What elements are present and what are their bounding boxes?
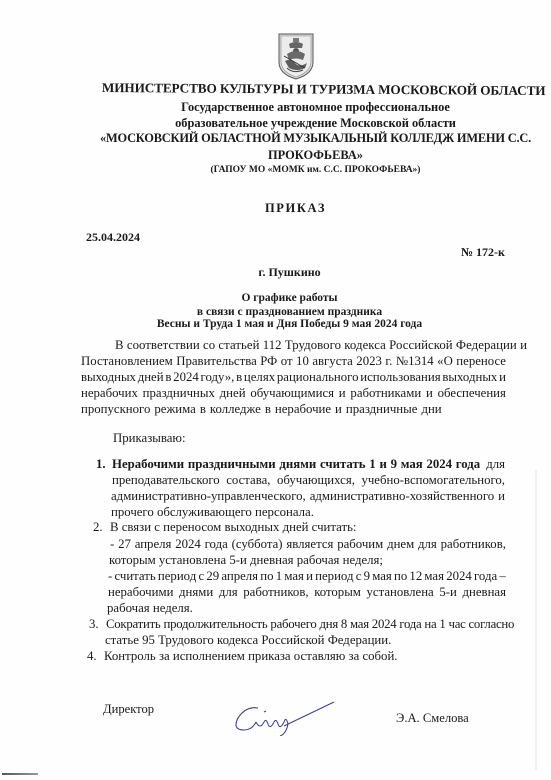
word: 10 (296, 354, 309, 369)
word: 1 (369, 457, 375, 472)
word: и (498, 489, 505, 504)
word: в (265, 402, 271, 417)
word: считать (320, 457, 366, 472)
word: года (456, 457, 480, 472)
order-subject-line-1: О графике работы (0, 292, 551, 305)
word: №1314 (396, 354, 434, 369)
word: августа (312, 354, 352, 369)
word: рационального (277, 370, 359, 385)
word: (суббота) (232, 537, 283, 552)
handwritten-signature-icon (228, 700, 338, 736)
item-4-line-1: Контроль за исполнением приказа оставляю… (104, 649, 398, 664)
word: дни (421, 402, 441, 417)
org-abbreviation: (ГАПОУ МО «МОМК им. С.С. ПРОКОФЬЕВА») (40, 165, 551, 175)
item-3-number: 3. (89, 617, 99, 632)
word: апреля (135, 537, 172, 552)
item-4-number: 4. (87, 649, 97, 664)
word: и (306, 569, 313, 584)
word: году», (201, 370, 235, 385)
signatory-position: Директор (103, 702, 154, 717)
word: 5-и (439, 585, 457, 600)
word: мая (372, 569, 392, 584)
word: считать (114, 569, 155, 584)
word: г. (385, 354, 392, 369)
word: нерабочие (275, 402, 331, 417)
word: от (281, 354, 293, 369)
word: период (315, 569, 353, 584)
word: - (108, 569, 112, 584)
preamble-line-2: ПостановлениемПравительстваРФот10августа… (81, 354, 506, 369)
org-name-line-4: ПРОКОФЬЕВА» (40, 148, 551, 163)
word: нерабочими (108, 585, 173, 600)
word: 29 (206, 569, 219, 584)
moscow-oblast-coat-of-arms-icon (275, 30, 317, 80)
word: – (499, 569, 505, 584)
word: состава, (226, 473, 270, 488)
word: - (110, 537, 114, 552)
word: 9 (364, 569, 370, 584)
word: переносе (456, 354, 506, 369)
item-1-first-line-rest: для (486, 457, 505, 472)
word: пропускного (81, 402, 150, 417)
word: мая (424, 569, 444, 584)
item-1-line-4: прочего обслуживающего персонала. (111, 505, 314, 520)
word: Правительства (176, 354, 257, 369)
ministry-name: МИНИСТЕРСТВО КУЛЬТУРЫ И ТУРИЗМА МОСКОВСК… (102, 80, 546, 99)
word: 12 (409, 569, 422, 584)
word: «О (437, 354, 453, 369)
order-title: ПРИКАЗ (0, 201, 551, 216)
word: учебно-вспомогательного, (361, 473, 505, 488)
word: административно-хозяйственного (310, 489, 494, 504)
item-1-line-1: Нерабочимипраздничнымиднямисчитать1и9мая… (112, 457, 505, 472)
word: по (260, 569, 273, 584)
item-1-line-3: административно-управленческого,админист… (111, 489, 505, 504)
scan-fold-shadow (535, 470, 537, 770)
word: выходных (442, 370, 497, 385)
word: года (474, 569, 497, 584)
word: работниками (350, 386, 421, 401)
word: преподавательского (112, 473, 220, 488)
word: нерабочих (81, 386, 138, 401)
word: и (499, 370, 506, 385)
word: с (198, 569, 204, 584)
word: и (379, 457, 386, 472)
word: днями (179, 585, 213, 600)
word: праздничными (188, 457, 276, 472)
word: с (356, 569, 362, 584)
word: 2024 (175, 537, 201, 552)
item-2-line-1: В связи с переносом выходных дней считат… (110, 520, 356, 535)
word: режима (154, 402, 195, 417)
word: для (418, 537, 437, 552)
word: и (426, 386, 433, 401)
word: использования (360, 370, 440, 385)
scan-edge-mark (2, 773, 38, 775)
order-date: 25.04.2024 (86, 230, 140, 245)
word: обучающихся, (277, 473, 355, 488)
item-2-line-2: -27апреля2024года(суббота)являетсярабочи… (110, 537, 506, 552)
word: рабочим (337, 537, 383, 552)
order-document-page: МИНИСТЕРСТВО КУЛЬТУРЫ И ТУРИЗМА МОСКОВСК… (0, 0, 551, 780)
item-2-line-5: нерабочимиднямидляработников,которымуста… (108, 585, 506, 600)
decree-word: Приказываю: (113, 431, 186, 446)
word: и (335, 402, 342, 417)
word: 2024 (446, 569, 472, 584)
word: Нерабочими (112, 457, 184, 472)
word: работников, (441, 537, 506, 552)
item-3-line-1: Сократить продолжительность рабочего дня… (106, 617, 514, 632)
preamble-line-1: В соответствии со статьей 112 Трудового … (115, 338, 527, 353)
org-name-line-1: Государственное автономное профессиональ… (40, 100, 551, 115)
word: работников, (243, 585, 308, 600)
word: целях (244, 370, 275, 385)
word: днем (387, 537, 414, 552)
item-1-bold-text: Нерабочимипраздничнымиднямисчитать1и9мая… (112, 457, 480, 472)
preamble-line-5: пропускногорежимавколледжевнерабочиеипра… (81, 402, 442, 417)
word: дней (220, 386, 246, 401)
item-1-line-2: преподавательскогосостава,обучающихся,уч… (112, 473, 505, 488)
word: административно-управленческого, (111, 489, 306, 504)
word: 1 (276, 569, 282, 584)
word: установлена (367, 585, 434, 600)
word: года (205, 537, 228, 552)
word: Постановлением (81, 354, 173, 369)
preamble-line-4: нерабочихпраздничныхднейобучающимисяираб… (81, 386, 506, 401)
order-subject-line-3: Весны и Труда 1 мая и Дня Победы 9 мая 2… (0, 318, 551, 331)
preamble-line-3: выходныхднейв2024году»,вцеляхрационально… (81, 370, 506, 385)
word: праздничные (346, 402, 418, 417)
item-2-line-4: -считатьпериодс29апреляпо1маяипериодс9ма… (108, 569, 506, 584)
word: мая (284, 569, 304, 584)
item-3-line-2: статье 95 Трудового кодекса Российской Ф… (105, 633, 391, 648)
word: 9 (391, 457, 397, 472)
item-2-line-6: рабочая неделя. (107, 601, 193, 616)
word: обеспечения (438, 386, 506, 401)
word: для (219, 585, 238, 600)
item-1-number: 1. (96, 457, 106, 472)
word: которым (314, 585, 361, 600)
word: праздничных (143, 386, 215, 401)
item-2-line-3: которым установлена 5-и дневная рабочая … (109, 553, 383, 568)
signatory-name: Э.А. Смелова (396, 711, 469, 726)
word: РФ (260, 354, 277, 369)
word: является (286, 537, 333, 552)
org-name-line-2: образовательное учреждение Московской об… (40, 116, 551, 131)
item-number: 1. (96, 457, 106, 471)
word: апреля (221, 569, 258, 584)
word: 2024 (173, 370, 199, 385)
word: по (394, 569, 407, 584)
word: в (165, 370, 171, 385)
word: выходных (81, 370, 136, 385)
word: днями (279, 457, 316, 472)
word: 2023 (356, 354, 382, 369)
word: 2024 (426, 457, 452, 472)
order-city: г. Пушкино (0, 265, 551, 280)
word: 27 (118, 537, 131, 552)
word: колледже (210, 402, 261, 417)
org-name-line-3: «МОСКОВСКИЙ ОБЛАСТНОЙ МУЗЫКАЛЬНЫЙ КОЛЛЕД… (40, 131, 551, 146)
word: в (236, 370, 242, 385)
word: и (339, 386, 346, 401)
order-number: № 172-к (461, 245, 505, 260)
word: дней (138, 370, 164, 385)
word: обучающимися (250, 386, 334, 401)
word: в (200, 402, 206, 417)
word: дневная (462, 585, 506, 600)
item-2-number: 2. (93, 520, 103, 535)
word: период (158, 569, 196, 584)
word: мая (401, 457, 423, 472)
